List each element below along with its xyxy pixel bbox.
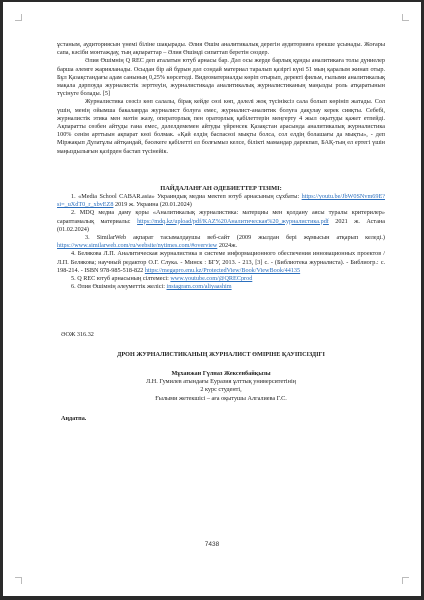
author-name: Мұханжан Гүлназ Жексенбайқызы [57,370,385,378]
reference-item: 6. Әлия Өшімнің әлеуметтік желісі: insta… [57,283,385,291]
reference-link[interactable]: instagram.com/aliyaashim [166,283,231,290]
reference-text: 1. «Media School CABAR.asia» Украиндық м… [71,193,299,200]
reference-link[interactable]: https://www.similarweb.com/ru/website/ny… [57,242,217,249]
crop-mark [402,14,409,21]
affiliation-line: Л.Н. Гумилев атындағы Еуразия ұлттық уни… [57,378,385,386]
reference-text: 6. Әлия Өшімнің әлеуметтік желісі: [71,283,165,290]
crop-mark [402,577,409,584]
affiliation-line: 2 курс студенті, [57,386,385,394]
body-paragraph: ұстаным, аудиториясын үнемі біліне шақыр… [57,41,385,57]
crop-mark [15,14,22,21]
references-title: ПАЙДАЛАНҒАН ӘДЕБИЕТТЕР ТІЗІМІ: [57,185,385,193]
reference-link[interactable]: https://megapro.enu.kz/ProtectedView/Boo… [145,267,300,274]
reference-item: 2. MDQ медиа даму қоры «Аналитикалық жур… [57,209,385,234]
reference-text: 5. Q REC ютуб арнасының сілтемесі: [71,275,169,282]
affiliation-line: Ғылыми жетекшісі – аға оқытушы Алгалиева… [57,395,385,403]
reference-item: 1. «Media School CABAR.asia» Украиндық м… [57,193,385,209]
udk-code: ӘОЖ 316.32 [57,331,385,339]
reference-suffix: 2024ж. [217,242,237,249]
reference-item: 3. SimilarWeb ақпарат тасымалдаушы веб-с… [57,234,385,250]
body-paragraph: Әлия Өшімнің Q REC деп аталатын ютуб арн… [57,57,385,98]
reference-link[interactable]: https://mdq.kz/upload/pdf/KAZ%20Аналитич… [137,218,329,225]
reference-item: 4. Белякова Л.П. Аналитическая журналист… [57,250,385,275]
page-number: 7438 [0,541,424,548]
reference-suffix: 2019 ж. Украина (20.01.2024) [113,201,191,208]
crop-mark [15,577,22,584]
reference-text: 3. SimilarWeb ақпарат тасымалдаушы веб-с… [85,234,385,241]
reference-item: 5. Q REC ютуб арнасының сілтемесі: www.y… [57,275,385,283]
page-content: ұстаным, аудиториясын үнемі біліне шақыр… [57,41,385,423]
abstract-label: Аңдатпа. [57,415,385,423]
reference-link[interactable]: www.youtube.com/@QRECprod [170,275,252,282]
body-paragraph: Журналистика сөзсіз көп салалы, бірақ ке… [57,98,385,155]
article-title: ДРОН ЖУРНАЛИСТИКАНЫҢ ЖУРНАЛИСТ ӨМІРІНЕ Қ… [57,351,385,359]
